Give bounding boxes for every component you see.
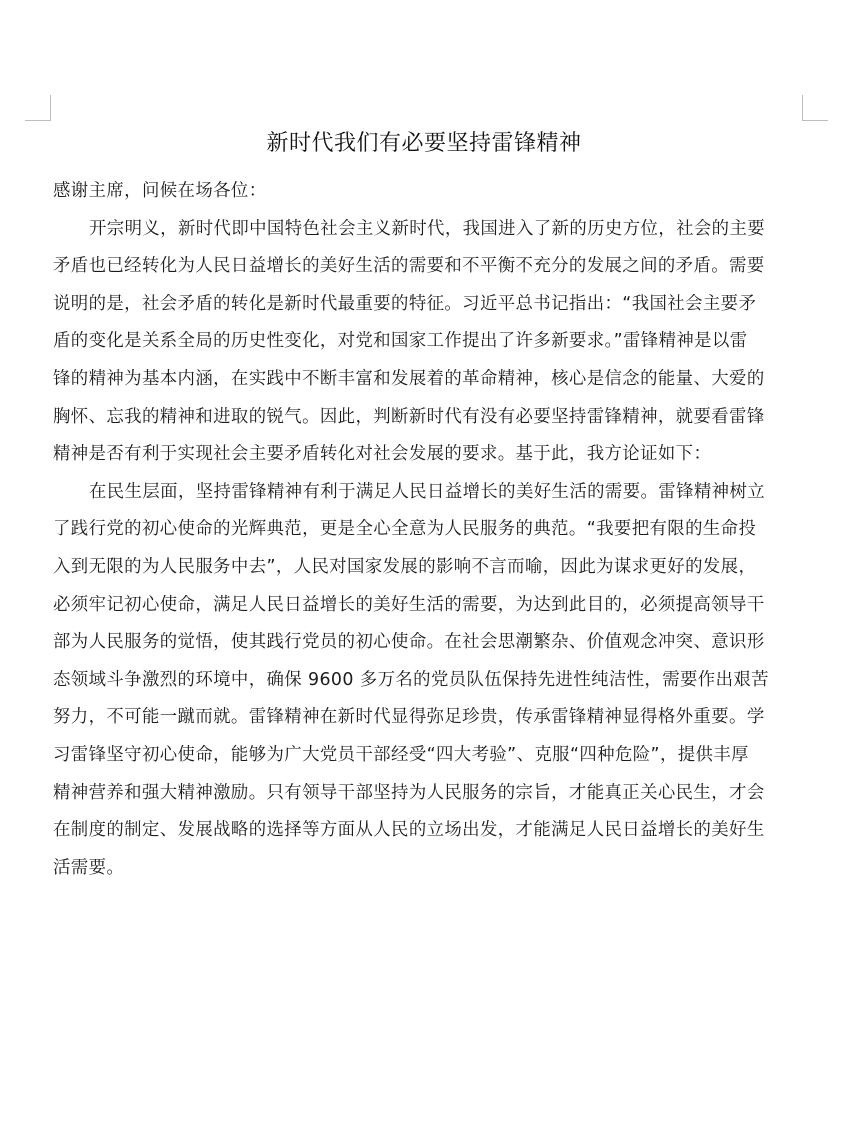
document-page: 新时代我们有必要坚持雷锋精神 感谢主席，问候在场各位： 开宗明义，新时代即中国特… — [0, 0, 848, 1132]
paragraph-line: 开宗明义，新时代即中国特色社会主义新时代，我国进入了新的历史方位，社会的主要 — [53, 211, 805, 249]
paragraph-1: 开宗明义，新时代即中国特色社会主义新时代，我国进入了新的历史方位，社会的主要 矛… — [53, 211, 805, 474]
paragraph-line: 精神营养和强大精神激励。只有领导干部坚持为人民服务的宗旨，才能真正关心民生，才会 — [53, 775, 805, 813]
paragraph-2: 在民生层面，坚持雷锋精神有利于满足人民日益增长的美好生活的需要。雷锋精神树立 了… — [53, 474, 805, 888]
paragraph-line: 胸怀、忘我的精神和进取的锐气。因此，判断新时代有没有必要坚持雷锋精神，就要看雷锋 — [53, 399, 805, 437]
paragraph-line: 在制度的制定、发展战略的选择等方面从人民的立场出发，才能满足人民日益增长的美好生 — [53, 812, 805, 850]
paragraph-line: 盾的变化是关系全局的历史性变化，对党和国家工作提出了许多新要求。”雷锋精神是以雷 — [53, 323, 805, 361]
greeting-line: 感谢主席，问候在场各位： — [53, 173, 805, 211]
paragraph-line: 习雷锋坚守初心使命，能够为广大党员干部经受“四大考验”、克服“四种危险”，提供丰… — [53, 737, 805, 775]
paragraph-line: 矛盾也已经转化为人民日益增长的美好生活的需要和不平衡不充分的发展之间的矛盾。需要 — [53, 248, 805, 286]
document-body: 感谢主席，问候在场各位： 开宗明义，新时代即中国特色社会主义新时代，我国进入了新… — [53, 173, 805, 887]
paragraph-line: 努力，不可能一蹴而就。雷锋精神在新时代显得弥足珍贵，传承雷锋精神显得格外重要。学 — [53, 699, 805, 737]
paragraph-line: 部为人民服务的觉悟，使其践行党员的初心使命。在社会思潮繁杂、价值观念冲突、意识形 — [53, 624, 805, 662]
paragraph-line: 态领域斗争激烈的环境中，确保 9600 多万名的党员队伍保持先进性纯洁性，需要作… — [53, 662, 805, 700]
paragraph-line: 活需要。 — [53, 850, 805, 888]
paragraph-line: 在民生层面，坚持雷锋精神有利于满足人民日益增长的美好生活的需要。雷锋精神树立 — [53, 474, 805, 512]
paragraph-line: 必须牢记初心使命，满足人民日益增长的美好生活的需要，为达到此目的，必须提高领导干 — [53, 587, 805, 625]
paragraph-line: 精神是否有利于实现社会主要矛盾转化对社会发展的要求。基于此，我方论证如下： — [53, 436, 805, 474]
paragraph-line: 了践行党的初心使命的光辉典范，更是全心全意为人民服务的典范。“我要把有限的生命投 — [53, 511, 805, 549]
paragraph-line: 入到无限的为人民服务中去”，人民对国家发展的影响不言而喻，因此为谋求更好的发展， — [53, 549, 805, 587]
paragraph-line: 锋的精神为基本内涵，在实践中不断丰富和发展着的革命精神，核心是信念的能量、大爱的 — [53, 361, 805, 399]
paragraph-line: 说明的是，社会矛盾的转化是新时代最重要的特征。习近平总书记指出：“我国社会主要矛 — [53, 286, 805, 324]
top-right-margin-mark — [802, 95, 828, 121]
top-left-margin-mark — [25, 95, 51, 121]
document-title: 新时代我们有必要坚持雷锋精神 — [0, 128, 848, 160]
